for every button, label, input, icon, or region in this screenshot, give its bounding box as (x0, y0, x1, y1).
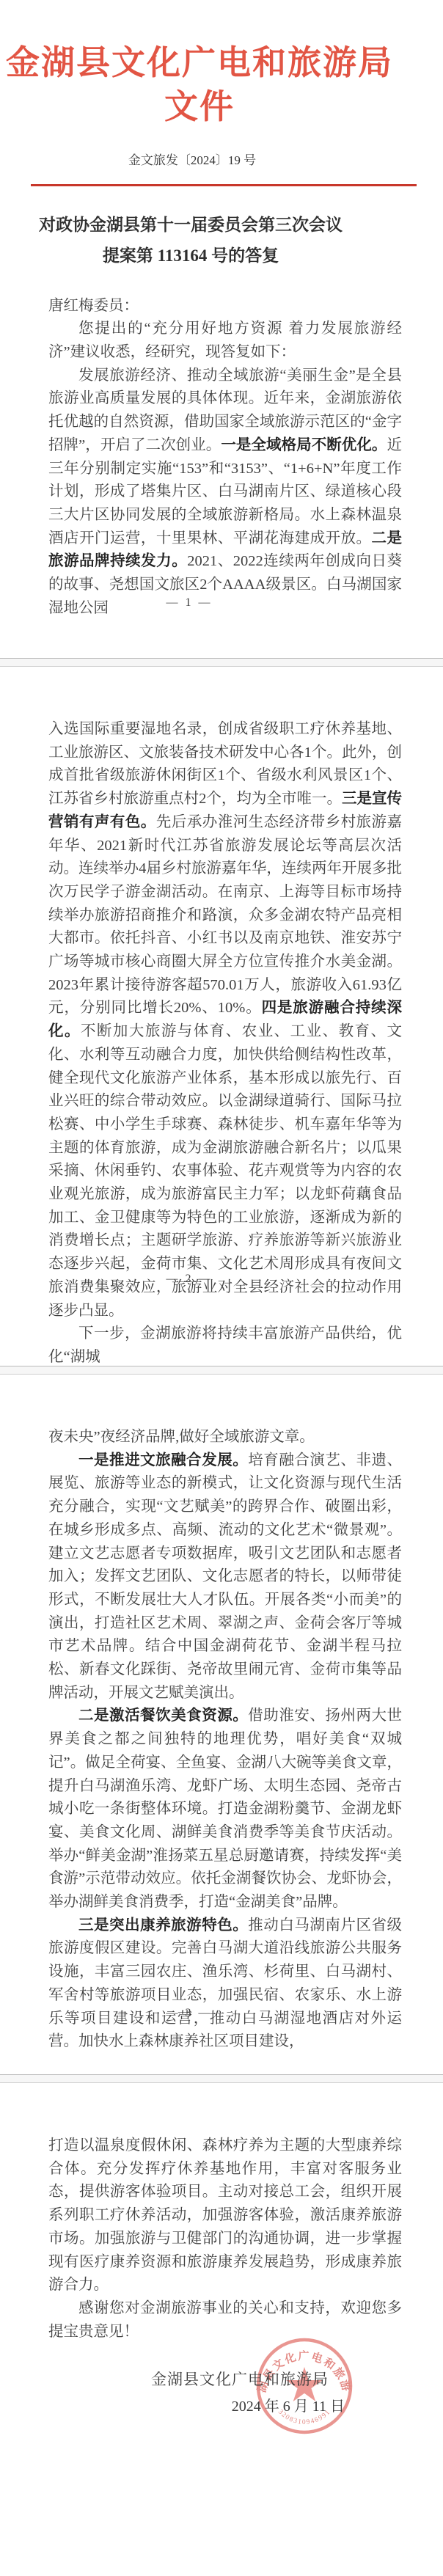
paragraph-bold-lead: 一是全域格局不断优化。 (221, 437, 387, 453)
paragraph: 打造以温泉度假休闲、森林疗养为主题的大型康养综合体。充分发挥疗休养基地作用，丰富… (48, 2134, 402, 2297)
paragraph: 唐红梅委员： (48, 295, 402, 318)
page-separator (0, 1366, 443, 1375)
page-2: 入选国际重要湿地名录，创成省级职工疗休养基地、工业旅游区、文旅装备技术研发中心各… (0, 667, 443, 1366)
paragraph-text: 先后承办淮河生态经济带乡村旅游嘉年华、2021新时代江苏省旅游发展论坛等高层次活… (48, 814, 402, 1017)
page-separator (0, 2074, 443, 2083)
page-1-number: — 1 — (0, 596, 378, 610)
page-3-number: — 3 — (0, 2007, 378, 2020)
paragraph-bold-lead: 二是激活餐饮美食资源。 (78, 1708, 248, 1724)
page-1: 金湖县文化广电和旅游局文件 金文旅发〔2024〕19 号 对政协金湖县第十一届委… (0, 0, 443, 658)
page-3-body: 夜未央”夜经济品牌,做好全域旅游文章。一是推进文旅融合发展。培育融合演艺、非遗、… (0, 1375, 443, 2054)
paragraph: 夜未央”夜经济品牌,做好全域旅游文章。 (48, 1426, 402, 1449)
paragraph: 您提出的“充分用好地方资源 着力发展旅游经济”建议收悉，经研究，现答复如下： (48, 318, 402, 364)
page-2-number: — 2 — (0, 1273, 378, 1286)
paragraph-text: 打造以温泉度假休闲、森林疗养为主题的大型康养综合体。充分发挥疗休养基地作用，丰富… (48, 2137, 402, 2293)
signature-agency: 金湖县文化广电和旅游局 (151, 2368, 329, 2390)
page-1-body: 唐红梅委员：您提出的“充分用好地方资源 着力发展旅游经济”建议收悉，经研究，现答… (0, 295, 443, 621)
paragraph: 下一步，金湖旅游将持续丰富旅游产品供给，优化“湖城 (48, 1322, 402, 1366)
paragraph: 发展旅游经济、推动全域旅游“美丽生金”是全县旅游业高质量发展的具体体现。近年来，… (48, 365, 402, 621)
page-4-body: 打造以温泉度假休闲、森林疗养为主题的大型康养综合体。充分发挥疗休养基地作用，丰富… (0, 2083, 443, 2343)
red-divider-rule (31, 184, 417, 186)
page-4: 打造以温泉度假休闲、森林疗养为主题的大型康养综合体。充分发挥疗休养基地作用，丰富… (0, 2083, 443, 2576)
paragraph-text: 下一步，金湖旅游将持续丰富旅游产品供给，优化“湖城 (48, 1325, 402, 1365)
paragraph-text: 感谢您对金湖旅游事业的关心和支持，欢迎您多提宝贵意见！ (48, 2300, 402, 2340)
page-separator (0, 658, 443, 667)
paragraph-text: 借助淮安、扬州两大世界美食之都之间独特的地理优势，唱好美食“双城记”。做足全荷宴… (48, 1708, 402, 1910)
document-number: 金文旅发〔2024〕19 号 (0, 150, 384, 168)
signature-date: 2024 年 6 月 11 日 (232, 2394, 345, 2415)
paragraph-text: 近三年分别制定实施“153”和“3153”、“1+6+N”年度工作计划，形成了塔… (48, 437, 402, 546)
paragraph: 一是推进文旅融合发展。培育融合演艺、非遗、展览、旅游等业态的新模式，让文化资源与… (48, 1449, 402, 1705)
paragraph: 三是突出康养旅游特色。推动白马湖南片区省级旅游度假区建设。完善白马湖大道沿线旅游… (48, 1914, 402, 2054)
red-letterhead-title: 金湖县文化广电和旅游局文件 (0, 0, 399, 129)
document-title: 对政协金湖县第十一届委员会第三次会议 提案第 113164 号的答复 (0, 210, 381, 271)
paragraph: 入选国际重要湿地名录，创成省级职工疗休养基地、工业旅游区、文旅装备技术研发中心各… (48, 718, 402, 1322)
paragraph-text: 您提出的“充分用好地方资源 着力发展旅游经济”建议收悉，经研究，现答复如下： (48, 321, 402, 360)
paragraph-bold-lead: 三是突出康养旅游特色。 (78, 1917, 248, 1933)
document-title-line-2: 提案第 113164 号的答复 (0, 241, 381, 271)
paragraph-text: 培育融合演艺、非遗、展览、旅游等业态的新模式，让文化资源与现代生活充分融合，实现… (48, 1452, 402, 1701)
paragraph-text: 唐红梅委员： (48, 298, 139, 314)
document-title-line-1: 对政协金湖县第十一届委员会第三次会议 (0, 210, 381, 241)
page-3: 夜未央”夜经济品牌,做好全域旅游文章。一是推进文旅融合发展。培育融合演艺、非遗、… (0, 1375, 443, 2074)
page-2-body: 入选国际重要湿地名录，创成省级职工疗休养基地、工业旅游区、文旅装备技术研发中心各… (0, 667, 443, 1366)
paragraph-text: 推动白马湖南片区省级旅游度假区建设。完善白马湖大道沿线旅游公共服务设施，丰富三园… (48, 1917, 402, 2050)
paragraph-text: 夜未央”夜经济品牌,做好全域旅游文章。 (48, 1429, 315, 1445)
paragraph: 二是激活餐饮美食资源。借助淮安、扬州两大世界美食之都之间独特的地理优势，唱好美食… (48, 1705, 402, 1914)
paragraph-bold-lead: 一是推进文旅融合发展。 (78, 1452, 248, 1468)
